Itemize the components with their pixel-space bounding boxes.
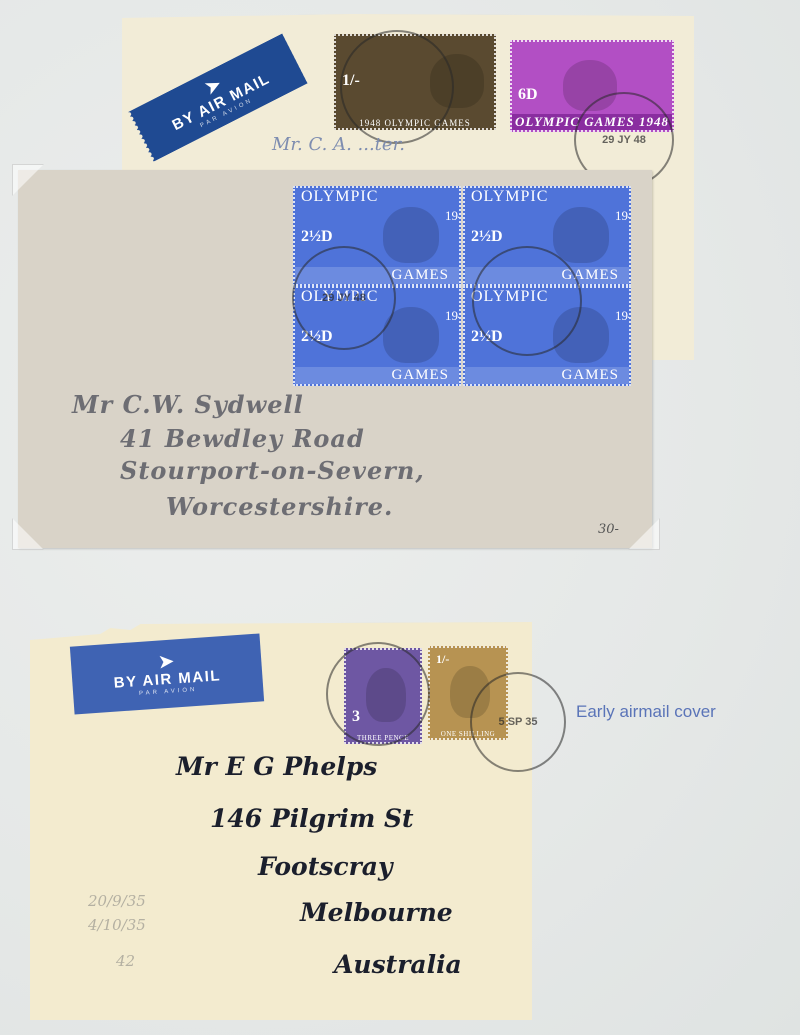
king-portrait-icon — [383, 307, 439, 363]
pencil-note: 20/9/35 — [88, 892, 146, 910]
address-line: 41 Bewdley Road — [120, 424, 365, 453]
address-line: Mr C.W. Sydwell — [72, 390, 304, 419]
stamp-caption: GAMES — [295, 367, 459, 384]
pencil-note: 42 — [116, 952, 135, 970]
pencil-note: 4/10/35 — [88, 916, 146, 934]
stamp-caption: 1948 OLYMPIC GAMES — [336, 118, 494, 128]
stamp-olympic-6d[interactable]: 6D OLYMPIC GAMES 1948 — [510, 40, 674, 132]
stamp-olympic-2-5d[interactable]: OLYMPIC 2½D 1948 GAMES — [463, 286, 631, 386]
address-line: Mr. C. A. ...ter. — [272, 134, 405, 155]
king-portrait-icon — [553, 207, 609, 263]
stamp-year: 1948 — [445, 208, 455, 223]
wing-icon: ➤ — [157, 652, 175, 671]
stamp-year: 1948 — [615, 208, 625, 223]
stamp-kgv-1s[interactable]: 1/- ONE SHILLING — [428, 646, 508, 740]
king-portrait-icon — [553, 307, 609, 363]
address-line: Stourport-on-Severn, — [120, 456, 425, 485]
stamp-caption: OLYMPIC GAMES 1948 — [512, 114, 672, 130]
stamp-title: OLYMPIC — [465, 288, 629, 306]
collector-note: Early airmail cover — [576, 702, 716, 722]
stamp-title: OLYMPIC — [465, 188, 629, 206]
address-line: Worcestershire. — [166, 492, 393, 521]
stamp-year: 1948 — [445, 308, 455, 323]
address-line: Melbourne — [300, 898, 453, 927]
king-portrait-icon — [450, 666, 490, 718]
stamp-title: OLYMPIC — [295, 188, 459, 206]
address-line: Footscray — [258, 852, 392, 881]
stamp-value: 1/- — [430, 652, 506, 667]
king-portrait-icon — [366, 668, 406, 721]
stamp-caption: GAMES — [295, 267, 459, 284]
king-portrait-icon — [563, 60, 617, 111]
stamp-olympic-2-5d[interactable]: OLYMPIC 2½D 1948 GAMES — [293, 186, 461, 286]
stamp-caption: GAMES — [465, 367, 629, 384]
king-portrait-icon — [383, 207, 439, 263]
king-portrait-icon — [430, 54, 484, 107]
address-line: Mr E G Phelps — [176, 752, 377, 781]
address-line: Australia — [334, 950, 462, 979]
airmail-label: ➤ BY AIR MAIL PAR AVION — [70, 633, 264, 714]
stamp-olympic-2-5d[interactable]: OLYMPIC 2½D 1948 GAMES — [293, 286, 461, 386]
price-note: 30- — [598, 522, 619, 537]
stamp-caption: ONE SHILLING — [430, 730, 506, 738]
stamp-kgv-3d[interactable]: 3 THREE PENCE — [344, 648, 422, 744]
stamp-olympic-1s[interactable]: 1/- 1948 OLYMPIC GAMES — [334, 34, 496, 130]
stamp-caption: GAMES — [465, 267, 629, 284]
address-line: 146 Pilgrim St — [210, 804, 414, 833]
stamp-year: 1948 — [615, 308, 625, 323]
stamp-caption: THREE PENCE — [346, 734, 420, 742]
stamp-olympic-2-5d[interactable]: OLYMPIC 2½D 1948 GAMES — [463, 186, 631, 286]
stamp-title: OLYMPIC — [295, 288, 459, 306]
